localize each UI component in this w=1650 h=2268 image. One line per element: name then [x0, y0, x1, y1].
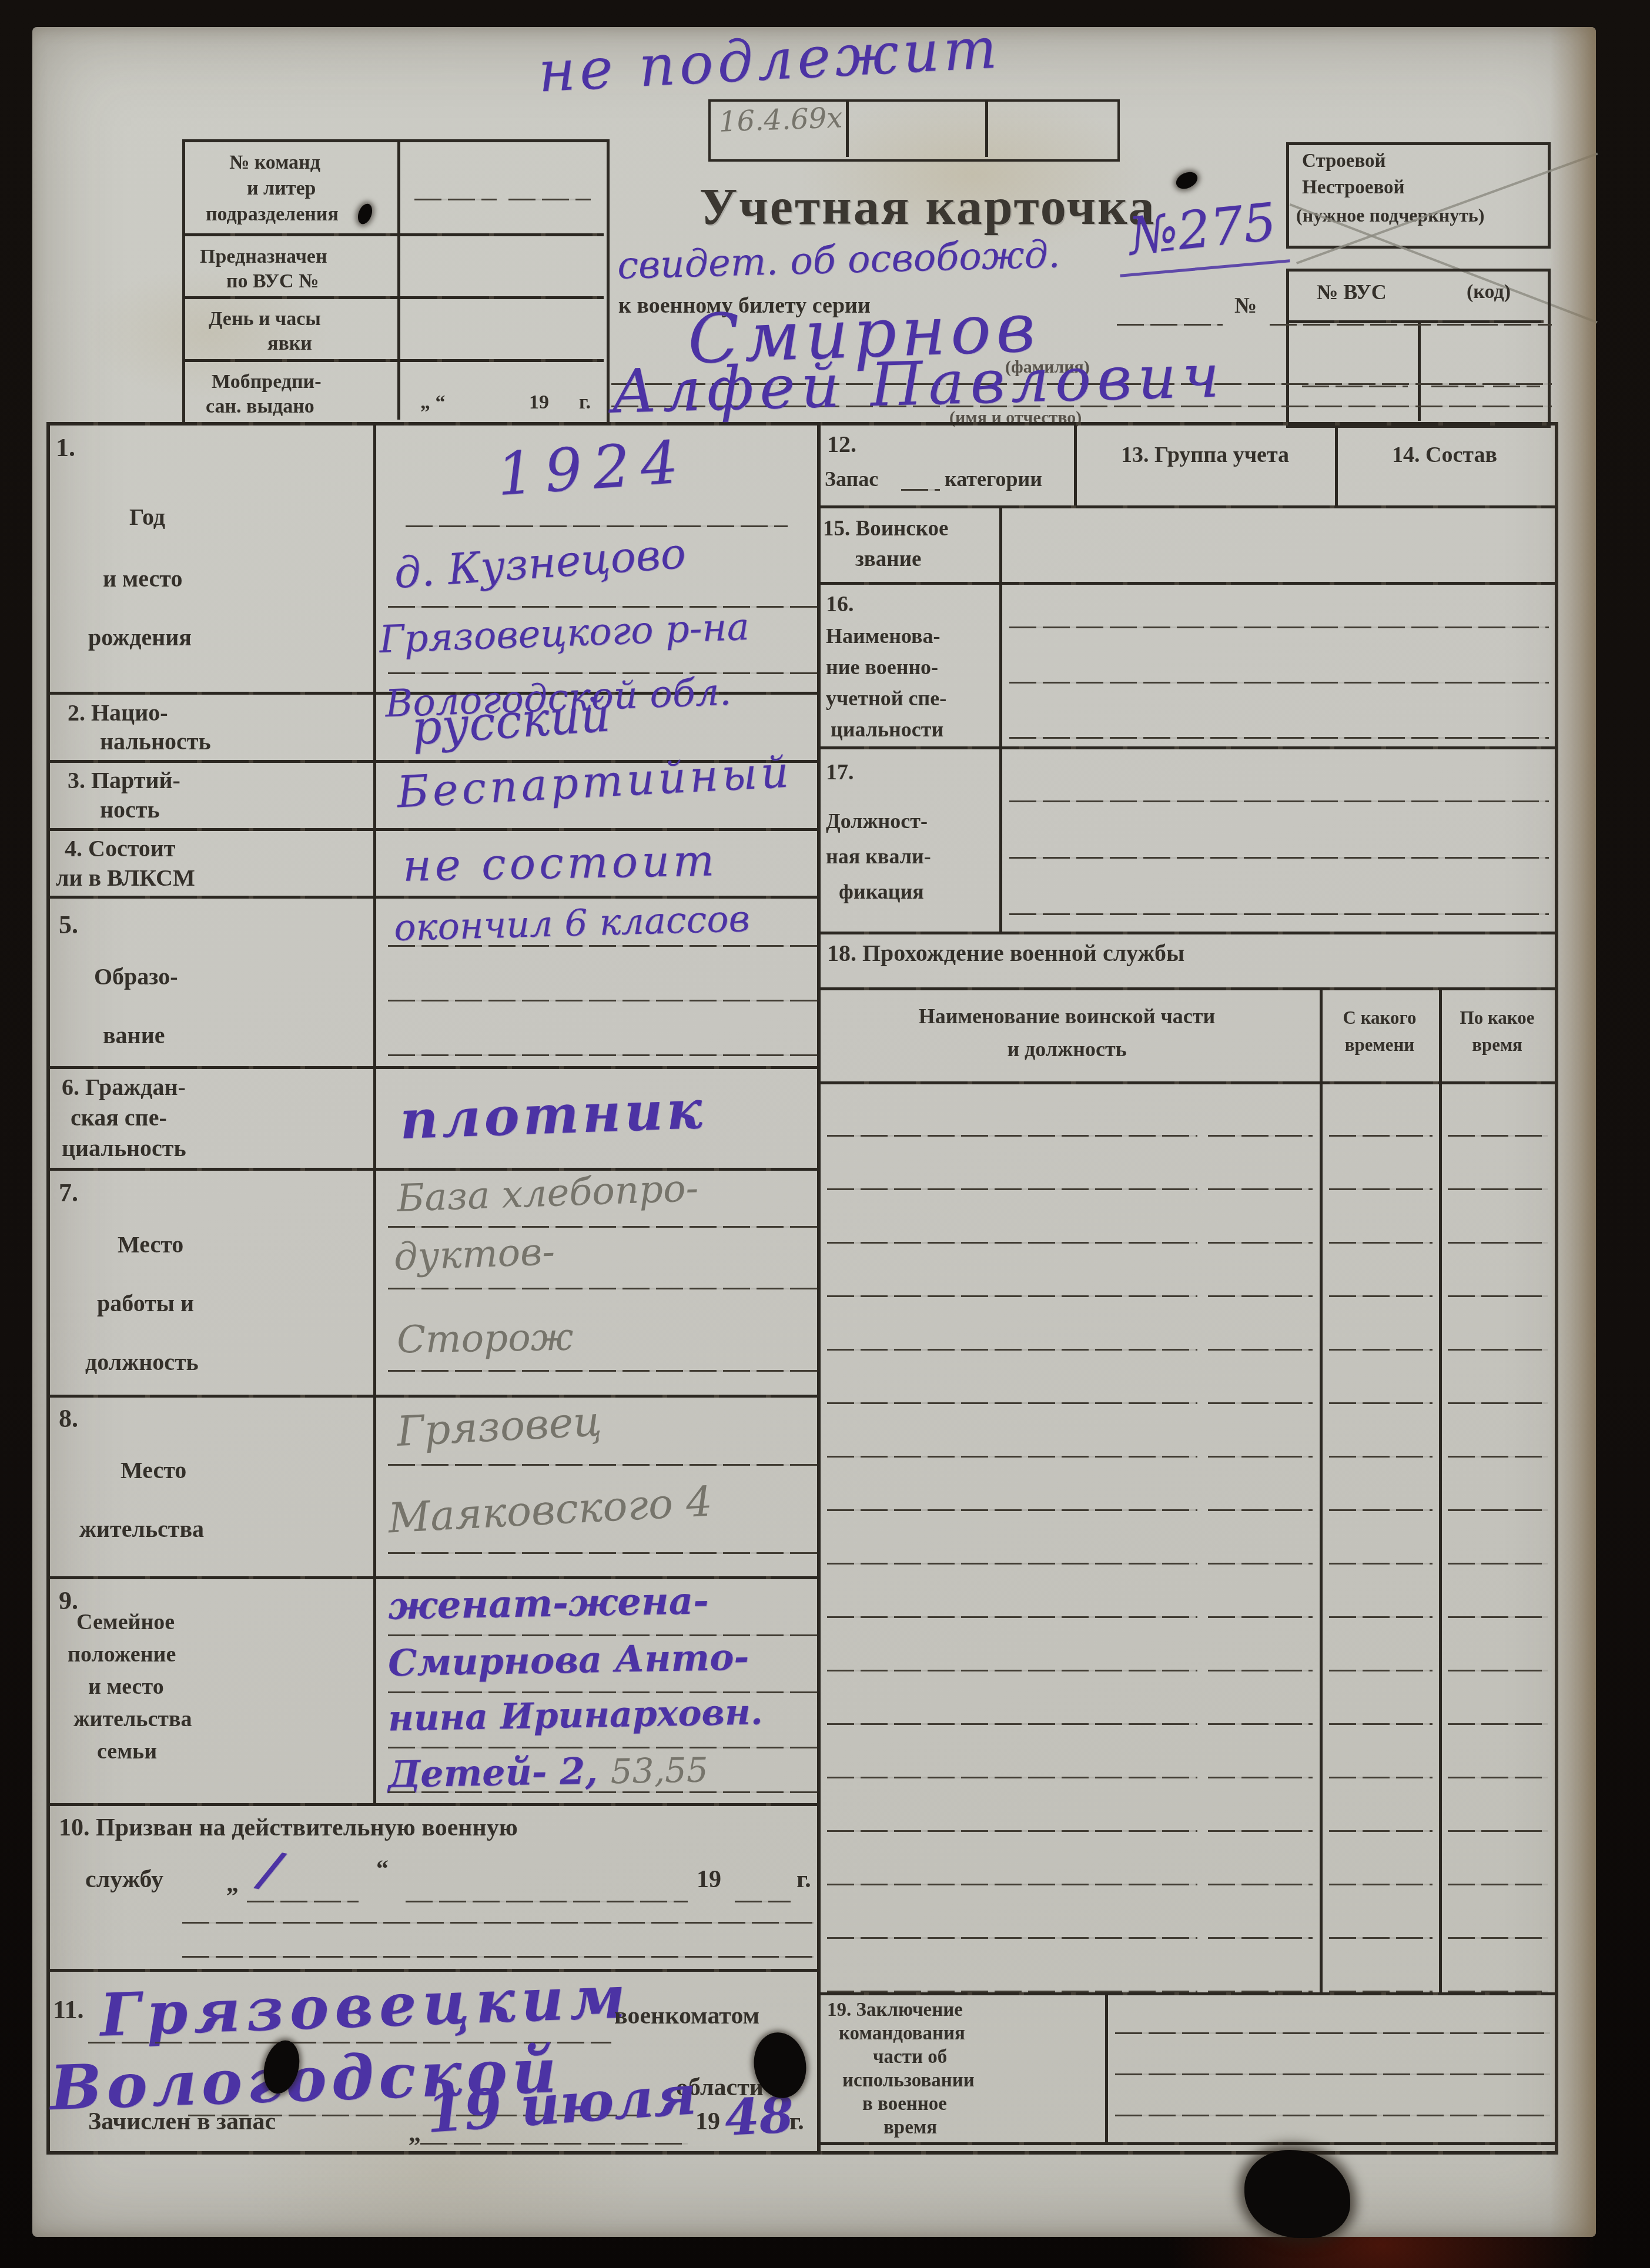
table-bottom-border [46, 2151, 1555, 2155]
top-handwritten-note: не подлежит [537, 15, 1003, 105]
label-nestroevoy: Нестроевой [1302, 177, 1405, 199]
field2-label-text: Нацио- [91, 699, 168, 726]
field7-label-1: Место [118, 1231, 183, 1258]
sec-border-3-4 [46, 828, 817, 831]
field18-row-rule [1208, 1349, 1313, 1351]
mob-issued-quote: „ “ [420, 391, 446, 414]
field12-label-2: категории [945, 467, 1042, 491]
field9-line-4 [388, 1791, 817, 1793]
header-left-row-line-3 [183, 359, 604, 362]
field4-label-2: ли в ВЛКСМ [56, 864, 195, 892]
field18-row-rule [827, 1349, 1197, 1351]
field9-label-2: положение [68, 1641, 176, 1667]
field7-label-2: работы и [97, 1289, 194, 1317]
field18-row-rule [1448, 1616, 1548, 1618]
field5-line-1 [388, 945, 817, 947]
field18-row-rule [1208, 1777, 1313, 1778]
field10-close-quote: “ [376, 1855, 389, 1883]
header-left-box-divider [397, 140, 400, 420]
label-day-hours-2: явки [267, 333, 312, 355]
field4-label-1: 4. Состоит [65, 835, 175, 862]
field1-birthplace-1: д. Кузнецово [393, 528, 688, 598]
field18-row-rule [1448, 1723, 1548, 1725]
field3-label-2: ность [100, 796, 160, 823]
field3-number: 3. [68, 767, 85, 793]
field9-value-4-wrap: Детей- 2, 53,55 [387, 1747, 708, 1795]
field9-label-5: семьи [97, 1738, 157, 1764]
field11-year-prefix: 19 [695, 2108, 720, 2136]
field19-label-4: использовании [842, 2070, 975, 2092]
booklet-number-line [1270, 324, 1552, 326]
field19-line-2 [1115, 2073, 1550, 2075]
field18-row-rule [1208, 1670, 1313, 1671]
field9-label-4: жительства [73, 1706, 192, 1732]
field8-value-2: Маяковского 4 [387, 1478, 713, 1543]
field12-label-1: Запас [825, 467, 878, 491]
field1-year-value: 1924 [494, 427, 691, 509]
field12-category-line [901, 489, 940, 491]
field19-label-2: командования [839, 2023, 965, 2045]
field5-line-2 [388, 1000, 817, 1001]
vus-box-dash-right2 [1493, 386, 1540, 387]
field8-line-1 [388, 1464, 817, 1466]
label-vus-purpose-1: Предназначен [200, 246, 327, 268]
field18-row-rule [1448, 1135, 1548, 1137]
vus-box-header-line [1287, 320, 1544, 323]
field18-row-rule [827, 1830, 1197, 1832]
field18-row-rule [1208, 1830, 1313, 1832]
field18-row-rule [827, 1295, 1197, 1297]
field19-line-1 [1115, 2032, 1550, 2034]
field10-open-quote: „ [226, 1870, 239, 1898]
field18-row-rule [1208, 1135, 1313, 1137]
field10-g: г. [796, 1865, 811, 1894]
field6-label-3: циальность [62, 1134, 186, 1162]
sec-border-7-8 [46, 1395, 817, 1398]
field18-row-rule [1448, 1242, 1548, 1244]
field18-row-rule [1329, 1509, 1433, 1511]
field18-col3-header-2: время [1442, 1034, 1552, 1056]
field19-line-3 [1115, 2115, 1550, 2116]
field16-line-3 [1009, 737, 1549, 739]
field18-col2-header-2: времени [1323, 1034, 1436, 1056]
registration-card-paper: не подлежит 16.4.69x № команд и литер по… [32, 27, 1596, 2237]
field11-quote: „ [409, 2119, 421, 2148]
field18-row-rule [1329, 1563, 1433, 1565]
field9-children-pencil: 53,55 [610, 1750, 708, 1791]
field8-label-2: жительства [79, 1515, 204, 1543]
field18-row-rule [1208, 1723, 1313, 1725]
label-day-hours-1: День и часы [209, 308, 321, 330]
field7-value-1: База хлебопро- [396, 1167, 700, 1221]
field9-value-2: Смирнова Анто- [387, 1636, 749, 1685]
field3-label-text: Партий- [91, 767, 180, 793]
field18-row-rule [1448, 1349, 1548, 1351]
field10-blank-line-2 [182, 1956, 814, 1958]
certificate-note-handwritten: свидет. об освобожд. [617, 233, 1060, 288]
table-top-border [46, 422, 1555, 426]
field7-value-3: Сторож [396, 1315, 574, 1362]
field18-row-rule [1329, 1242, 1433, 1244]
field5-value: окончил 6 классов [393, 897, 750, 949]
field18-row-rule [1448, 1295, 1548, 1297]
label-vus-purpose-2: по ВУС № [226, 270, 319, 293]
field18-col2-header-1: С какого [1323, 1007, 1436, 1029]
field16-number: 16. [826, 591, 854, 617]
field18-row-rule [1329, 1777, 1433, 1778]
field19-label-3: части об [873, 2046, 947, 2068]
field8-number: 8. [59, 1403, 78, 1433]
field11-printed-voenkomat: военкоматом [614, 2002, 759, 2030]
field18-col-divider-2 [1439, 990, 1442, 1992]
field18-row-rule [1448, 1563, 1548, 1565]
field18-row-rule [1329, 1670, 1433, 1671]
field17-number: 17. [826, 759, 854, 785]
field9-value-1: женат-жена- [387, 1579, 709, 1629]
label-mob-issued-1: Мобпредпи- [212, 371, 322, 393]
field18-row-rule [827, 1563, 1197, 1565]
field18-row-rule [1329, 1937, 1433, 1939]
scan-background: не подлежит 16.4.69x № команд и литер по… [0, 0, 1650, 2268]
field6-label-1: 6. Граждан- [62, 1073, 186, 1101]
field10-text-1: 10. Призван на действительную военную [59, 1814, 518, 1842]
mob-issued-year: 19 [529, 391, 549, 414]
field10-year-line [735, 1901, 791, 1902]
field2-label-1: 2. Нацио- [68, 699, 168, 726]
field18-row-rule [1208, 1563, 1313, 1565]
field10-slash-mark: / [256, 1839, 286, 1900]
field18-row-rule [1329, 1456, 1433, 1458]
field18-row-rule [1329, 1349, 1433, 1351]
field18-row-rule [1329, 1188, 1433, 1190]
field10-year-prefix: 19 [697, 1865, 721, 1894]
field9-value-3: нина Иринарховн. [387, 1691, 763, 1739]
field8-label-1: Место [121, 1456, 186, 1484]
field18-row-rule [1329, 1616, 1433, 1618]
field17-label-3: фикация [839, 879, 924, 904]
table-right-border [1555, 422, 1558, 2155]
field1-birthplace-2: Грязовецкого р-на [379, 605, 750, 662]
right-border-17-18 [817, 932, 1555, 934]
field18-row-rule [1448, 1402, 1548, 1404]
stamp-date-value: 16.4.69x [718, 101, 843, 138]
right-label-divider [999, 505, 1002, 932]
field18-row-rule [1208, 1456, 1313, 1458]
divider-12-13 [1074, 426, 1077, 505]
field4-label-text: Состоит [88, 835, 175, 862]
field11-number: 11. [53, 1995, 84, 2025]
unit-number-dash-2 [508, 199, 591, 200]
sec-border-6-7 [46, 1168, 817, 1171]
field11-enlisted-printed: Зачислен в запас [88, 2108, 276, 2136]
left-label-divider [373, 422, 376, 1803]
divider-13-14 [1335, 426, 1338, 505]
field14-label: 14. Состав [1343, 442, 1546, 468]
field1-number: 1. [56, 433, 75, 463]
field16-label-1: Наименова- [826, 624, 941, 648]
field3-label-1: 3. Партий- [68, 766, 180, 794]
field1-label-3: рождения [88, 624, 192, 651]
field18-row-rule [1329, 1402, 1433, 1404]
field6-value: плотник [399, 1078, 707, 1151]
field18-row-rule [827, 1937, 1197, 1939]
field19-label-1: 19. Заключение [827, 1999, 963, 2021]
unit-number-dash-1 [414, 199, 497, 200]
field18-row-rule [827, 1723, 1197, 1725]
field16-line-2 [1009, 682, 1549, 684]
field7-line-3 [388, 1370, 817, 1372]
vus-box-dash-right1 [1431, 386, 1484, 387]
field19-label-6: время [883, 2117, 937, 2139]
field6-number: 6. [62, 1074, 79, 1100]
field7-value-2: дуктов- [393, 1230, 555, 1279]
right-border-16-17 [817, 746, 1555, 749]
field16-line-1 [1009, 627, 1549, 628]
field18-row-rule [1208, 1295, 1313, 1297]
field9-label-3: и место [88, 1674, 164, 1700]
field18-row-rule [1329, 1723, 1433, 1725]
field9-children-ink: Детей- 2, [387, 1750, 598, 1796]
field10-day-line [247, 1901, 359, 1902]
field18-col3-header-1: По какое [1442, 1007, 1552, 1029]
right-border-15-16 [817, 582, 1555, 585]
field6-label-2: ская спе- [71, 1104, 167, 1131]
field18-row-rule [1208, 1509, 1313, 1511]
field18-row-rule [1208, 1242, 1313, 1244]
field18-col1-header-1: Наименование воинской части [855, 1004, 1279, 1029]
sec-border-9-10 [46, 1803, 817, 1806]
field19-label-divider [1105, 1995, 1108, 2142]
field5-label-1: Образо- [94, 963, 178, 990]
label-unit-number-1: № команд [229, 152, 320, 174]
field18-row-rule [827, 1670, 1197, 1671]
field18-row-rule [1208, 1402, 1313, 1404]
field18-row-rule [827, 1402, 1197, 1404]
field18-row-rule [1329, 1884, 1433, 1885]
field6-label-text: Граждан- [85, 1074, 186, 1100]
field19-label-5: в военное [862, 2093, 947, 2115]
field18-row-rule [827, 1135, 1197, 1137]
field15-label-1: 15. Воинское [823, 516, 949, 541]
field18-row-rule [1448, 1937, 1548, 1939]
table-left-border [46, 422, 50, 2155]
field18-row-rule [1448, 1509, 1548, 1511]
field18-row-rule [827, 1242, 1197, 1244]
label-vus-number: № ВУС [1317, 280, 1387, 304]
vus-box-dash-left [1302, 386, 1408, 387]
field7-label-3: должность [85, 1348, 199, 1376]
field18-table-bottom [817, 1992, 1555, 1995]
field4-number: 4. [65, 835, 82, 862]
field7-line-1 [388, 1226, 817, 1228]
field18-row-rule [1329, 1830, 1433, 1832]
field18-row-rule [1448, 1456, 1548, 1458]
table-middle-border [817, 422, 821, 2155]
booklet-series-line [1117, 324, 1223, 326]
field15-label-2: звание [855, 547, 921, 572]
field18-header-bottom [817, 1081, 1555, 1084]
mob-issued-g: г. [579, 391, 591, 414]
field11-date-line [420, 2143, 688, 2145]
field18-title: 18. Прохождение военной службы [827, 939, 1184, 967]
field8-value-1: Грязовец [396, 1397, 603, 1456]
field18-row-rule [827, 1509, 1197, 1511]
field18-row-rule [1208, 1188, 1313, 1190]
header-left-row-line-1 [183, 233, 604, 236]
field10-blank-line-1 [182, 1922, 814, 1924]
label-unit-number-3: подразделения [206, 203, 339, 226]
field18-row-rule [1448, 1670, 1548, 1671]
right-border-12-15 [817, 505, 1555, 508]
field10-month-line [406, 1901, 688, 1902]
field10-text-2: службу [85, 1865, 163, 1894]
field16-label-2: ние военно- [826, 655, 938, 679]
field18-header-top [817, 987, 1555, 990]
field17-line-3 [1009, 913, 1549, 915]
field1-label-2: и место [103, 565, 182, 592]
field17-label-1: Должност- [826, 809, 928, 833]
field5-label-2: вание [103, 1021, 165, 1049]
field9-line-3 [388, 1747, 817, 1748]
field1-year-underline [406, 525, 788, 527]
label-mob-issued-2: сан. выдано [206, 396, 314, 418]
field17-line-2 [1009, 857, 1549, 859]
field18-row-rule [1208, 1937, 1313, 1939]
field2-number: 2. [68, 699, 85, 726]
header-left-row-line-2 [183, 296, 604, 299]
field17-label-2: ная квали- [826, 844, 931, 869]
field18-col-divider-1 [1320, 990, 1323, 1992]
label-underline-needed: (нужное подчеркнуть) [1296, 205, 1484, 226]
field19-bottom-border [817, 2142, 1555, 2145]
field3-value: Беспартийный [396, 746, 794, 818]
field8-line-2 [388, 1552, 817, 1554]
field18-row-rule [827, 1616, 1197, 1618]
field18-row-rule [1208, 1884, 1313, 1885]
field18-row-rule [1448, 1777, 1548, 1778]
field2-label-2: нальность [100, 728, 211, 755]
field18-row-rule [1448, 1188, 1548, 1190]
field18-row-rule [1448, 1884, 1548, 1885]
field16-label-3: учетной спе- [826, 686, 946, 711]
stamp-box-divider-1 [846, 100, 849, 157]
field18-row-rule [1329, 1295, 1433, 1297]
field18-row-rule [827, 1777, 1197, 1778]
label-unit-number-2: и литер [247, 177, 316, 200]
field13-label: 13. Группа учета [1085, 442, 1326, 468]
field9-line-1 [388, 1634, 817, 1636]
label-vus-code: (код) [1467, 281, 1511, 303]
field5-line-3 [388, 1054, 817, 1056]
field18-row-rule [827, 1884, 1197, 1885]
field12-number: 12. [827, 430, 856, 458]
field1-label-1: Год [129, 503, 165, 531]
bottom-right-tear [1244, 2150, 1350, 2238]
field18-row-rule [1448, 1830, 1548, 1832]
field4-value: не состоит [402, 835, 718, 891]
field18-row-rule [1208, 1616, 1313, 1618]
label-stroevoy: Строевой [1302, 150, 1386, 172]
field17-line-1 [1009, 800, 1549, 802]
booklet-no-sign: № [1234, 293, 1257, 319]
field16-label-4: циальности [831, 717, 943, 742]
field7-line-2 [388, 1288, 817, 1289]
field18-row-rule [827, 1188, 1197, 1190]
field18-col1-header-2: и должность [855, 1037, 1279, 1061]
field9-label-1: Семейное [76, 1609, 175, 1635]
field5-number: 5. [59, 910, 78, 940]
field1-line-3 [388, 672, 817, 674]
field9-number: 9. [59, 1586, 78, 1616]
sec-border-5-6 [46, 1066, 817, 1069]
field18-row-rule [827, 1456, 1197, 1458]
field7-number: 7. [59, 1178, 78, 1208]
stamp-box-divider-2 [985, 100, 988, 157]
field18-row-rule [1329, 1135, 1433, 1137]
field1-line-2 [388, 606, 817, 608]
field11-g: г. [789, 2108, 804, 2136]
